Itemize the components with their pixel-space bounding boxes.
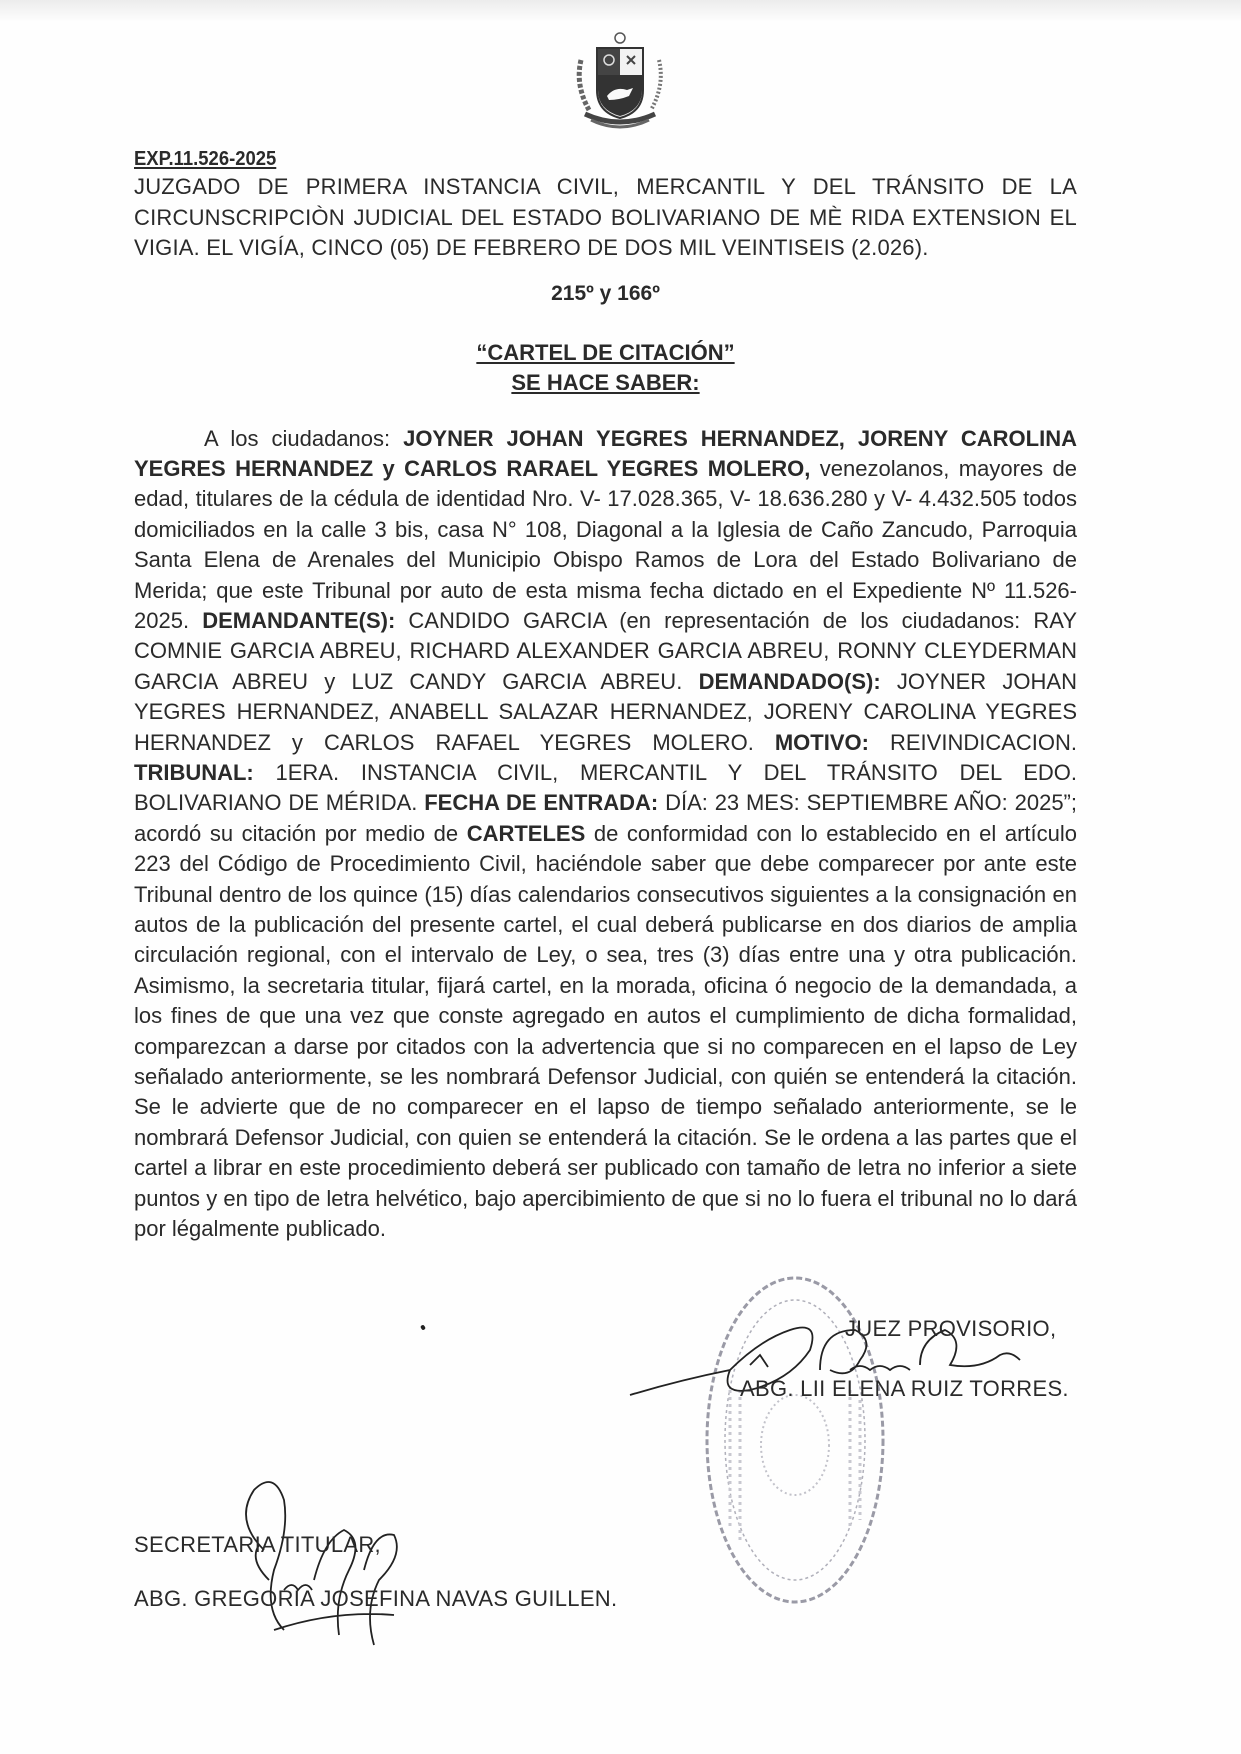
fecha-entrada-label: FECHA DE ENTRADA:	[424, 790, 658, 815]
title-text: “CARTEL DE CITACIÓN”	[476, 340, 734, 365]
secretary-title: SECRETARIA TITULAR,	[134, 1532, 381, 1558]
closing-text: de conformidad con lo establecido en el …	[134, 821, 1077, 1241]
scan-edge-shadow	[0, 0, 1241, 22]
subtitle-text: SE HACE SABER:	[511, 370, 699, 395]
efemerides: 215º y 166º	[134, 280, 1077, 308]
judge-title: JUEZ PROVISORIO,	[845, 1316, 1056, 1342]
expediente-number: EXP.11.526-2025	[134, 146, 276, 172]
document-content: EXP.11.526-2025 JUZGADO DE PRIMERA INSTA…	[134, 146, 1077, 1266]
intro-text: A los ciudadanos:	[204, 426, 403, 451]
demandados-label: DEMANDADO(S):	[699, 669, 881, 694]
secretary-signature-block: SECRETARIA TITULAR, ABG. GREGORIA JOSEFI…	[134, 1470, 694, 1650]
judge-name: ABG. LII ELENA RUIZ TORRES.	[740, 1376, 1069, 1402]
judge-signature-block: JUEZ PROVISORIO, ABG. LII ELENA RUIZ TOR…	[690, 1270, 1090, 1620]
coat-of-arms-icon	[567, 30, 673, 130]
carteles-label: CARTELES	[467, 821, 586, 846]
citation-body: A los ciudadanos: JOYNER JOHAN YEGRES HE…	[134, 424, 1077, 1245]
document-page: EXP.11.526-2025 JUZGADO DE PRIMERA INSTA…	[0, 0, 1241, 1754]
document-title: “CARTEL DE CITACIÓN”	[134, 338, 1077, 368]
document-subtitle: SE HACE SABER:	[134, 368, 1077, 398]
secretary-name: ABG. GREGORIA JOSEFINA NAVAS GUILLEN.	[134, 1586, 617, 1612]
motivo-text: REIVINDICACION.	[869, 730, 1077, 755]
court-header: JUZGADO DE PRIMERA INSTANCIA CIVIL, MERC…	[134, 172, 1077, 264]
ink-speck	[420, 1324, 426, 1330]
secretary-signature-icon	[214, 1460, 414, 1660]
identity-address-text: venezolanos, mayores de edad, titulares …	[134, 456, 1077, 633]
demandantes-label: DEMANDANTE(S):	[202, 608, 395, 633]
motivo-label: MOTIVO:	[775, 730, 869, 755]
tribunal-label: TRIBUNAL:	[134, 760, 254, 785]
